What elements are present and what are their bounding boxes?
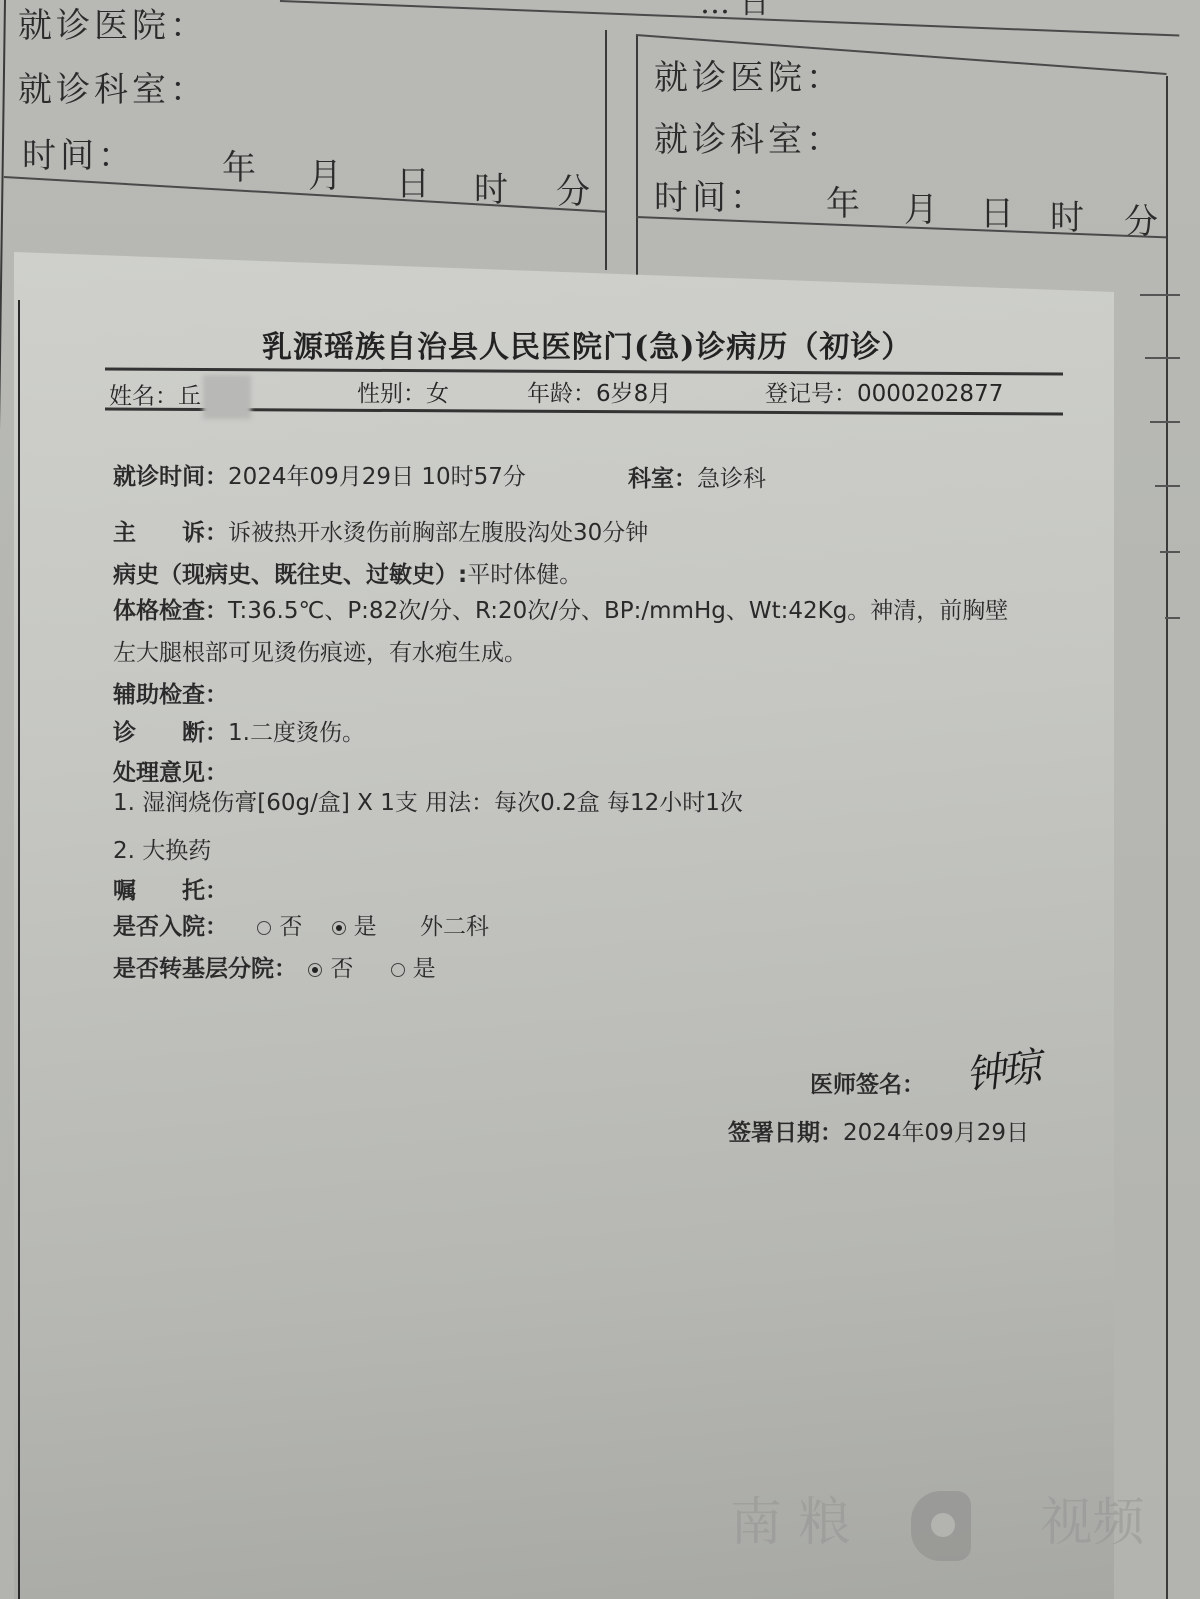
history-label: 病史（现病史、既往史、过敏史）: (113, 562, 467, 588)
admission-label: 是否入院： (113, 914, 228, 940)
age-value: 6岁8月 (596, 381, 671, 407)
bg-tick (1145, 357, 1180, 359)
transfer-no-label: 否 (330, 956, 353, 982)
patient-info-bar: 姓名：丘 性别：女 年龄：6岁8月 登记号：0000202877 (105, 366, 1063, 416)
bg-left-hospital-label: 就诊医院： (18, 0, 208, 47)
bg-divider-1 (605, 30, 607, 270)
redacted-name-block (203, 375, 251, 419)
patient-age: 年龄：6岁8月 (527, 375, 671, 408)
chief-complaint-value: 诉被热开水烫伤前胸部左腹股沟处30分钟 (228, 520, 648, 546)
visit-time-value: 2024年09月29日 10时57分 (228, 464, 526, 490)
bg-tick (1160, 551, 1180, 553)
department-row: 科室：急诊科 (628, 460, 766, 493)
name-label: 姓名： (109, 384, 178, 410)
bg-left-time-year: 年 (222, 140, 260, 189)
bg-right-department-label: 就诊科室： (654, 112, 844, 161)
advice-label: 嘱 托： (113, 878, 228, 904)
registration-number: 登记号：0000202877 (765, 375, 1003, 408)
play-logo-icon (911, 1491, 971, 1561)
transfer-row: 是否转基层分院： 否 是 (113, 950, 436, 983)
registration-label: 登记号： (765, 381, 857, 407)
physical-exam-continuation: 左大腿根部可见烫伤痕迹，有水疱生成。 (113, 634, 527, 667)
advice-row: 嘱 托： (113, 872, 228, 905)
auxiliary-exam-row: 辅助检查： (113, 676, 228, 709)
sign-date-row: 签署日期：2024年09月29日 (728, 1114, 1029, 1147)
visit-time-row: 就诊时间：2024年09月29日 10时57分 (113, 458, 526, 491)
bg-left-time-month: 月 (308, 148, 346, 197)
doctor-signature-row: 医师签名： (810, 1066, 925, 1099)
sign-date-value: 2024年09月29日 (843, 1120, 1029, 1146)
physical-exam-line1: T:36.5℃、P:82次/分、R:20次/分、BP:/mmHg、Wt:42Kg… (228, 598, 1008, 624)
doctor-signature-label: 医师签名： (810, 1072, 925, 1098)
bg-left-time-label: 时间： (22, 128, 136, 177)
sheet-left-edge (18, 300, 20, 1599)
physical-exam-row: 体格检查：T:36.5℃、P:82次/分、R:20次/分、BP:/mmHg、Wt… (113, 592, 1008, 625)
bg-left-time-day: 日 (396, 156, 434, 205)
admission-no-radio[interactable] (257, 921, 271, 935)
bg-tick (1150, 421, 1180, 423)
doctor-signature: 钟琼 (961, 1035, 1040, 1101)
bg-right-hospital-label: 就诊医院： (654, 50, 844, 99)
bg-right-edge (1166, 76, 1168, 1599)
sign-date-label: 签署日期： (728, 1120, 843, 1146)
admission-row: 是否入院： 否 是 外二科 (113, 908, 489, 941)
patient-gender: 性别：女 (357, 375, 449, 408)
bg-left-rule (4, 176, 607, 213)
bg-tick (1155, 485, 1180, 487)
bg-tick (1165, 617, 1180, 619)
diagnosis-label: 诊 断： (113, 720, 228, 746)
history-row: 病史（现病史、既往史、过敏史）:平时体健。 (113, 556, 582, 589)
physical-exam-label: 体格检查： (113, 598, 228, 624)
bg-left-department-label: 就诊科室： (18, 62, 208, 111)
bg-right-time-year: 年 (826, 176, 864, 225)
department-label: 科室： (628, 466, 697, 492)
treatment-label: 处理意见： (113, 760, 228, 786)
watermark-right-text: 视频 (1041, 1493, 1145, 1553)
treatment-item-2: 2. 大换药 (113, 832, 211, 865)
bg-left-time-minute: 分 (556, 164, 594, 213)
admission-no-label: 否 (279, 914, 302, 940)
record-title: 乳源瑶族自治县人民医院门(急)诊病历（初诊） (262, 322, 912, 366)
name-value: 丘 (178, 384, 201, 410)
registration-value: 0000202877 (857, 381, 1003, 407)
admission-yes-label: 是 (354, 914, 377, 940)
gender-label: 性别： (357, 381, 426, 407)
chief-complaint-label: 主 诉： (113, 520, 228, 546)
transfer-no-radio[interactable] (308, 963, 322, 977)
transfer-label: 是否转基层分院： (113, 956, 297, 982)
history-value: 平时体健。 (467, 562, 582, 588)
transfer-yes-radio[interactable] (391, 963, 405, 977)
patient-name: 姓名：丘 (109, 375, 251, 419)
gender-value: 女 (426, 381, 449, 407)
bg-right-time-month: 月 (904, 182, 942, 231)
admission-ward: 外二科 (420, 914, 489, 940)
admission-yes-radio[interactable] (332, 921, 346, 935)
bg-right-time-label: 时间： (654, 170, 768, 219)
diagnosis-row: 诊 断：1.二度烫伤。 (113, 714, 365, 747)
chief-complaint-row: 主 诉：诉被热开水烫伤前胸部左腹股沟处30分钟 (113, 514, 648, 547)
treatment-item-1: 1. 湿润烧伤膏[60g/盒] X 1支 用法：每次0.2盒 每12小时1次 (113, 784, 743, 817)
bg-left-edge (0, 0, 6, 1599)
bg-right-time-day: 日 (980, 186, 1018, 235)
transfer-yes-label: 是 (413, 956, 436, 982)
bg-divider-2 (636, 36, 638, 276)
auxiliary-exam-label: 辅助检查： (113, 682, 228, 708)
visit-time-label: 就诊时间： (113, 464, 228, 490)
bg-tick (1140, 294, 1180, 296)
department-value: 急诊科 (697, 466, 766, 492)
watermark-left-text: 南 粮 (730, 1493, 851, 1553)
video-watermark: 南 粮视频 (730, 1480, 1145, 1561)
treatment-row: 处理意见： (113, 754, 228, 787)
age-label: 年龄： (527, 381, 596, 407)
diagnosis-value: 1.二度烫伤。 (228, 720, 365, 746)
